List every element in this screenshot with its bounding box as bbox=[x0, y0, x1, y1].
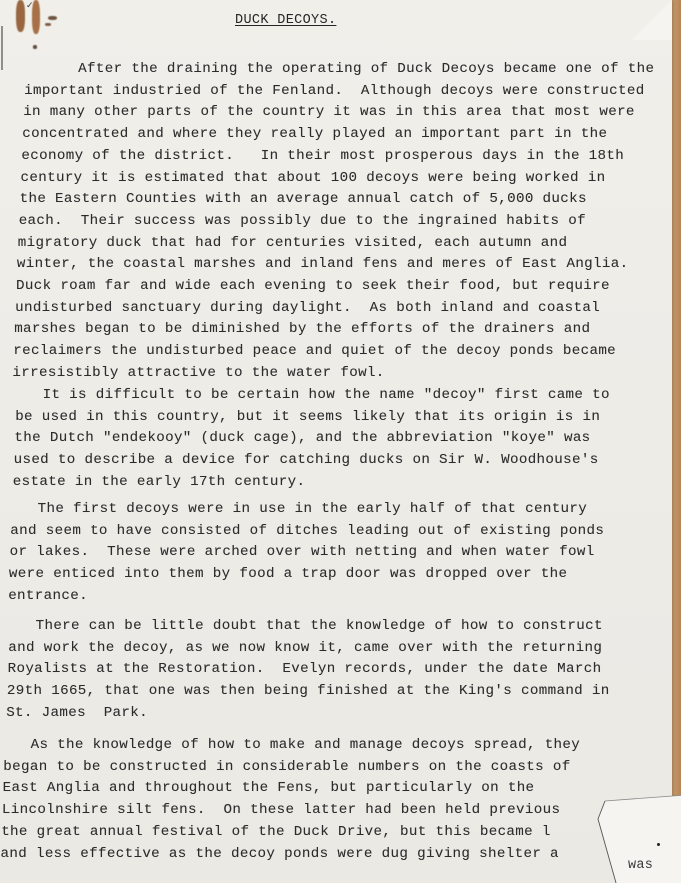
text-line: irresistibly attractive to the water fow… bbox=[12, 366, 384, 380]
ink-stain bbox=[45, 23, 51, 26]
text-line: used to describe a device for catching d… bbox=[14, 453, 599, 467]
text-line: each. Their success was possibly due to … bbox=[19, 214, 586, 228]
text-line: Royalists at the Restoration. Evelyn rec… bbox=[8, 662, 602, 676]
text-line: in many other parts of the country it wa… bbox=[23, 105, 635, 119]
text-line: economy of the district. In their most p… bbox=[21, 149, 624, 163]
text-line: Duck roam far and wide each evening to s… bbox=[16, 279, 610, 293]
text-line: migratory duck that had for centuries vi… bbox=[18, 236, 568, 250]
speck bbox=[657, 843, 660, 846]
text-line: As the knowledge of how to make and mana… bbox=[4, 738, 580, 752]
text-line: winter, the coastal marshes and inland f… bbox=[17, 257, 629, 271]
text-line: and work the decoy, as we now know it, c… bbox=[8, 641, 602, 655]
text-line: estate in the early 17th century. bbox=[13, 475, 306, 489]
text-line: After the draining the operating of Duck… bbox=[25, 62, 654, 76]
torn-corner bbox=[632, 0, 672, 40]
text-line: the Dutch "endekooy" (duck cage), and th… bbox=[14, 431, 590, 445]
flap-text: was bbox=[628, 858, 653, 873]
text-line: 29th 1665, that one was then being finis… bbox=[7, 684, 610, 698]
document-title: DUCK DECOYS. bbox=[235, 13, 336, 28]
text-line: Lincolnshire silt fens. On these latter … bbox=[2, 803, 560, 817]
text-line: The first decoys were in use in the earl… bbox=[11, 502, 587, 516]
typewritten-page: ✓ DUCK DECOYS. After the draining the op… bbox=[0, 0, 672, 883]
text-line: or lakes. These were arched over with ne… bbox=[10, 545, 595, 559]
ink-stain bbox=[33, 45, 37, 49]
text-line: East Anglia and throughout the Fens, but… bbox=[3, 781, 535, 795]
text-line: the great annual festival of the Duck Dr… bbox=[1, 825, 551, 839]
text-line: St. James Park. bbox=[6, 706, 148, 720]
text-line: entrance. bbox=[8, 589, 88, 603]
text-line: It is difficult to be certain how the na… bbox=[16, 388, 610, 402]
text-line: undisturbed sanctuary during daylight. A… bbox=[15, 301, 600, 315]
text-line: were enticed into them by food a trap do… bbox=[9, 567, 567, 581]
text-line: There can be little doubt that the knowl… bbox=[9, 619, 603, 633]
text-line: and seem to have consisted of ditches le… bbox=[10, 524, 604, 538]
checkmark-icon: ✓ bbox=[26, 1, 34, 11]
text-line: marshes began to be diminished by the ef… bbox=[14, 322, 590, 336]
text-line: began to be constructed in considerable … bbox=[3, 760, 570, 774]
margin-mark bbox=[1, 26, 3, 70]
text-line: important industried of the Fenland. Alt… bbox=[24, 84, 644, 98]
text-line: the Eastern Counties with an average ann… bbox=[20, 192, 587, 206]
text-line: reclaimers the undisturbed peace and qui… bbox=[13, 344, 616, 358]
ink-stain bbox=[48, 16, 57, 20]
text-line: concentrated and where they really playe… bbox=[22, 127, 607, 141]
text-line: be used in this country, but it seems li… bbox=[15, 410, 600, 424]
text-line: and less effective as the decoy ponds we… bbox=[1, 847, 559, 861]
text-line: century it is estimated that about 100 d… bbox=[21, 171, 606, 185]
ink-stain bbox=[16, 0, 25, 32]
